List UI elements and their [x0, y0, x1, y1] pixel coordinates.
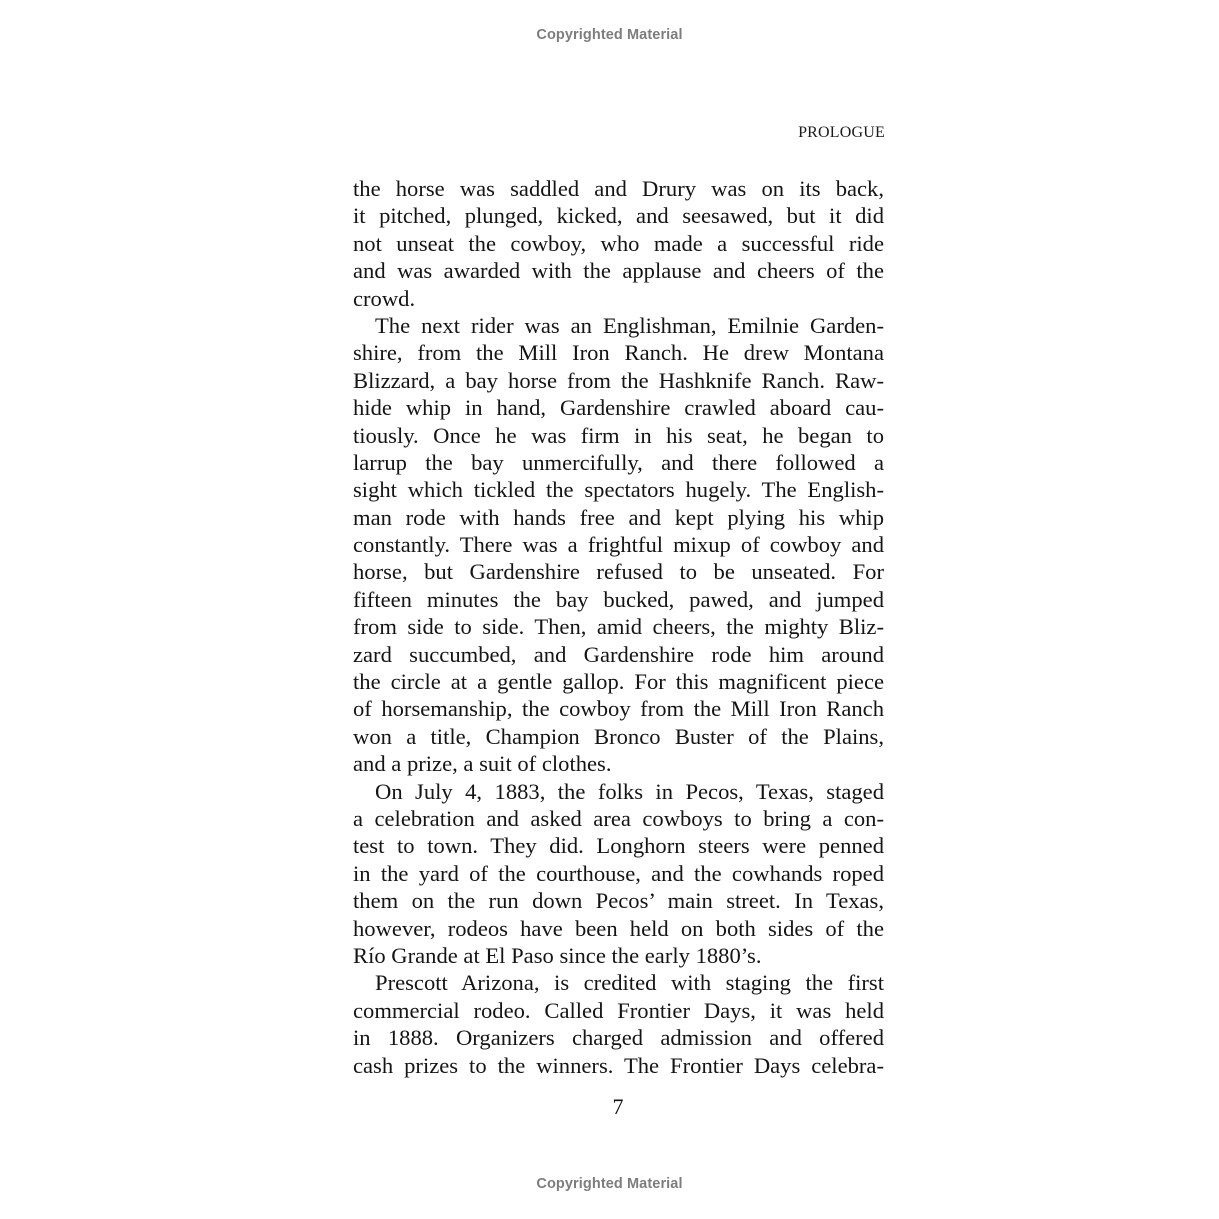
paragraph: On July 4, 1883, the folks in Pecos, Tex… — [353, 778, 884, 970]
paragraph: the horse was saddled and Drury was on i… — [353, 175, 884, 312]
text-line: zard succumbed, and Gardenshire rode him… — [353, 641, 884, 668]
text-line: the horse was saddled and Drury was on i… — [353, 175, 884, 202]
text-line: the circle at a gentle gallop. For this … — [353, 668, 884, 695]
text-line: commercial rodeo. Called Frontier Days, … — [353, 997, 884, 1024]
text-line: in 1888. Organizers charged admission an… — [353, 1024, 884, 1051]
text-line: from side to side. Then, amid cheers, th… — [353, 613, 884, 640]
page-number: 7 — [0, 1094, 1219, 1120]
text-line: shire, from the Mill Iron Ranch. He drew… — [353, 339, 884, 366]
text-line: larrup the bay unmercifully, and there f… — [353, 449, 884, 476]
text-line: Río Grande at El Paso since the early 18… — [353, 942, 884, 969]
text-line: of horsemanship, the cowboy from the Mil… — [353, 695, 884, 722]
text-line: Blizzard, a bay horse from the Hashknife… — [353, 367, 884, 394]
text-line: crowd. — [353, 285, 884, 312]
text-line: Prescott Arizona, is credited with stagi… — [353, 969, 884, 996]
text-line: horse, but Gardenshire refused to be uns… — [353, 558, 884, 585]
text-line: sight which tickled the spectators hugel… — [353, 476, 884, 503]
text-line: them on the run down Pecos’ main street.… — [353, 887, 884, 914]
text-line: and was awarded with the applause and ch… — [353, 257, 884, 284]
body-text: the horse was saddled and Drury was on i… — [353, 175, 884, 1079]
text-line: On July 4, 1883, the folks in Pecos, Tex… — [353, 778, 884, 805]
text-line: in the yard of the courthouse, and the c… — [353, 860, 884, 887]
running-head: PROLOGUE — [798, 124, 885, 142]
text-line: tiously. Once he was firm in his seat, h… — [353, 422, 884, 449]
text-line: however, rodeos have been held on both s… — [353, 915, 884, 942]
text-line: cash prizes to the winners. The Frontier… — [353, 1052, 884, 1079]
text-line: won a title, Champion Bronco Buster of t… — [353, 723, 884, 750]
text-line: fifteen minutes the bay bucked, pawed, a… — [353, 586, 884, 613]
text-line: test to town. They did. Longhorn steers … — [353, 832, 884, 859]
text-line: a celebration and asked area cowboys to … — [353, 805, 884, 832]
text-line: not unseat the cowboy, who made a succes… — [353, 230, 884, 257]
paragraph: The next rider was an Englishman, Emilni… — [353, 312, 884, 778]
text-line: The next rider was an Englishman, Emilni… — [353, 312, 884, 339]
text-line: man rode with hands free and kept plying… — [353, 504, 884, 531]
paragraph: Prescott Arizona, is credited with stagi… — [353, 969, 884, 1079]
text-line: hide whip in hand, Gardenshire crawled a… — [353, 394, 884, 421]
copyright-watermark-top: Copyrighted Material — [0, 27, 1219, 43]
copyright-watermark-bottom: Copyrighted Material — [0, 1176, 1219, 1192]
text-line: it pitched, plunged, kicked, and seesawe… — [353, 202, 884, 229]
text-line: constantly. There was a frightful mixup … — [353, 531, 884, 558]
text-line: and a prize, a suit of clothes. — [353, 750, 884, 777]
